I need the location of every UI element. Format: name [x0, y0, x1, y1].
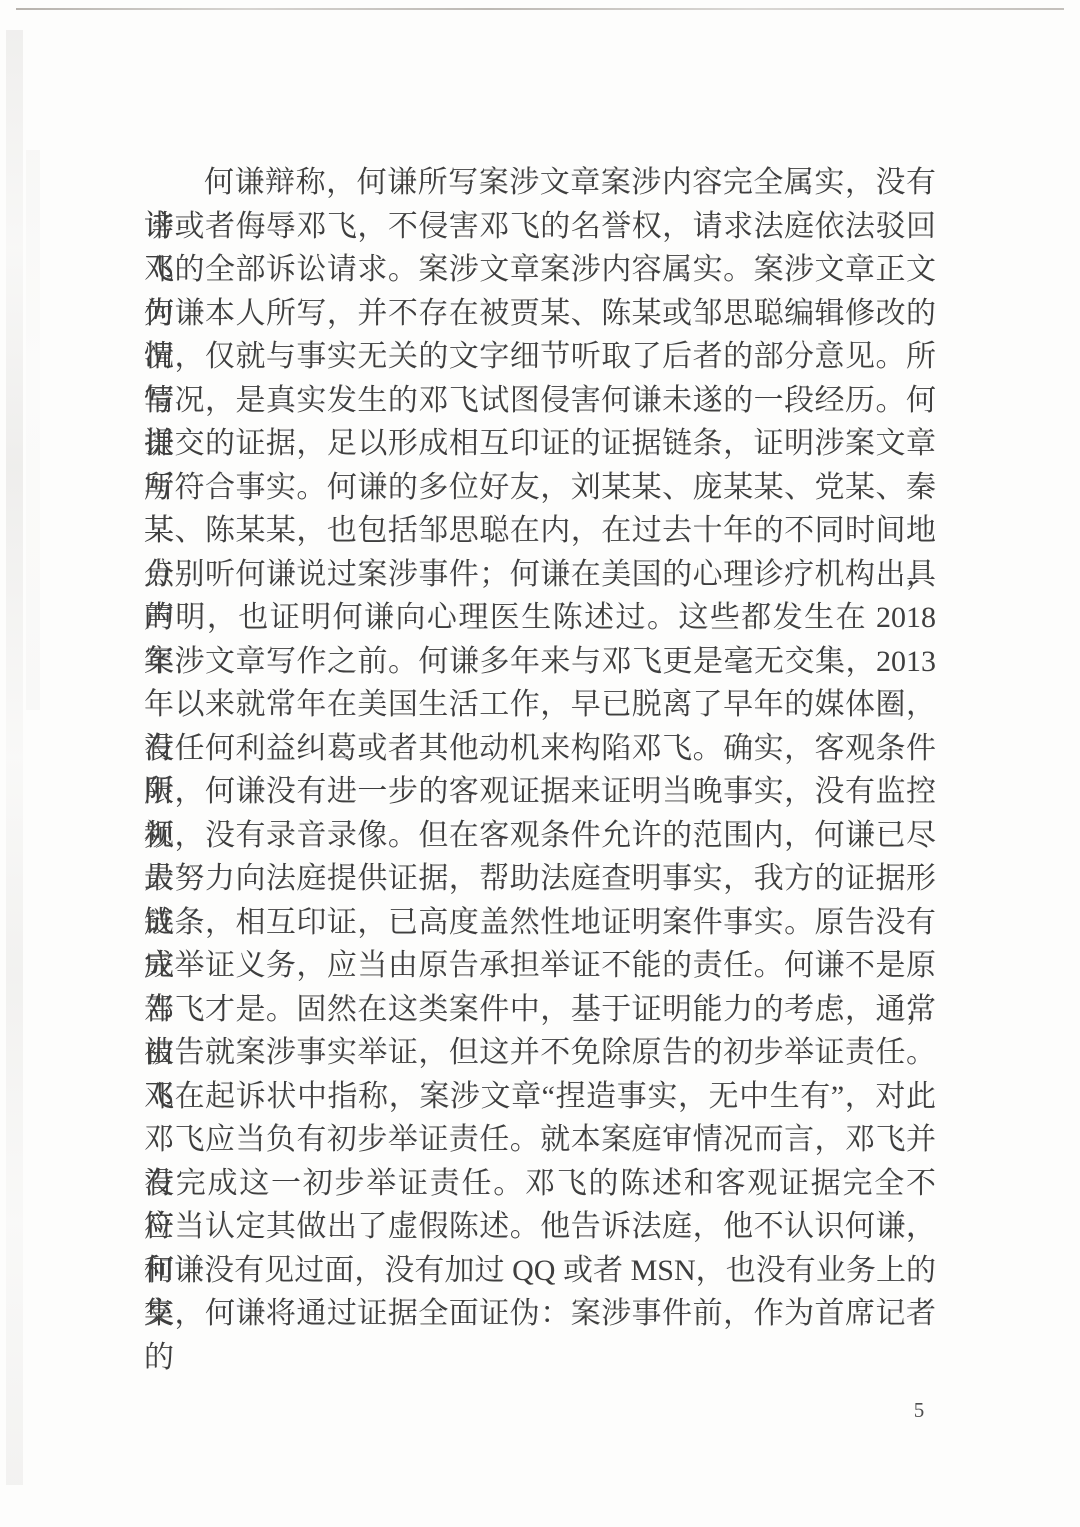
text-line: 有完成这一初步举证责任。邓飞的陈述和客观证据完全不符，	[144, 1162, 936, 1206]
text-line: 何谦辩称，何谦所写案涉文章案涉内容完全属实，没有诽	[144, 161, 936, 205]
document-page: 何谦辩称，何谦所写案涉文章案涉内容完全属实，没有诽谤或者侮辱邓飞，不侵害邓飞的名…	[0, 0, 1080, 1527]
text-line: 分别听何谦说过案涉事件；何谦在美国的心理诊疗机构出具的	[144, 553, 936, 597]
text-line: 有任何利益纠葛或者其他动机来构陷邓飞。确实，客观条件所	[144, 727, 936, 771]
text-line: 案涉文章写作之前。何谦多年来与邓飞更是毫无交集，2013	[144, 640, 936, 684]
text-line: 应当认定其做出了虚假陈述。他告诉法庭，他不认识何谦，和	[144, 1205, 936, 1249]
text-line: 何谦没有见过面，没有加过 QQ 或者 MSN，也没有业务上的交	[144, 1249, 936, 1293]
scan-artifact-top-line	[16, 8, 1064, 10]
text-line: 情况，是真实发生的邓飞试图侵害何谦未遂的一段经历。何谦	[144, 379, 936, 423]
page-number: 5	[901, 1398, 937, 1423]
text-line: 成举证义务，应当由原告承担举证不能的责任。何谦不是原告，	[144, 944, 936, 988]
text-line: 某、陈某某，也包括邹思聪在内，在过去十年的不同时间地点，	[144, 509, 936, 553]
text-line: 集，何谦将通过证据全面证伪：案涉事件前，作为首席记者的	[144, 1292, 936, 1336]
text-line: 飞在起诉状中指称，案涉文章“捏造事实，无中生有”，对此	[144, 1075, 936, 1119]
text-line: 频，没有录音录像。但在客观条件允许的范围内，何谦已尽最	[144, 814, 936, 858]
text-line: 限，何谦没有进一步的客观证据来证明当晚事实，没有监控视	[144, 770, 936, 814]
text-line: 被告就案涉事实举证，但这并不免除原告的初步举证责任。邓	[144, 1031, 936, 1075]
text-line: 链条，相互印证，已高度盖然性地证明案件事实。原告没有完	[144, 901, 936, 945]
text-line: 写符合事实。何谦的多位好友，刘某某、庞某某、党某、秦某	[144, 466, 936, 510]
text-line: 飞的全部诉讼请求。案涉文章案涉内容属实。案涉文章正文为	[144, 248, 936, 292]
text-line: 声明，也证明何谦向心理医生陈述过。这些都发生在 2018 年	[144, 596, 936, 640]
text-line: 大努力向法庭提供证据，帮助法庭查明事实，我方的证据形成	[144, 857, 936, 901]
text-line: 邓飞才是。固然在这类案件中，基于证明能力的考虑，通常由	[144, 988, 936, 1032]
text-line: 谤或者侮辱邓飞，不侵害邓飞的名誉权，请求法庭依法驳回邓	[144, 205, 936, 249]
text-line: 何谦本人所写，并不存在被贾某、陈某或邹思聪编辑修改的情	[144, 292, 936, 336]
text-line: 邓飞应当负有初步举证责任。就本案庭审情况而言，邓飞并没	[144, 1118, 936, 1162]
scan-artifact-smudge	[26, 150, 40, 710]
paragraph: 何谦辩称，何谦所写案涉文章案涉内容完全属实，没有诽谤或者侮辱邓飞，不侵害邓飞的名…	[144, 161, 936, 1336]
text-line: 况，仅就与事实无关的文字细节听取了后者的部分意见。所写	[144, 335, 936, 379]
scan-artifact-left-band	[6, 30, 23, 1485]
text-line: 年以来就常年在美国生活工作，早已脱离了早年的媒体圈，没	[144, 683, 936, 727]
text-line: 提交的证据，足以形成相互印证的证据链条，证明涉案文章所	[144, 422, 936, 466]
